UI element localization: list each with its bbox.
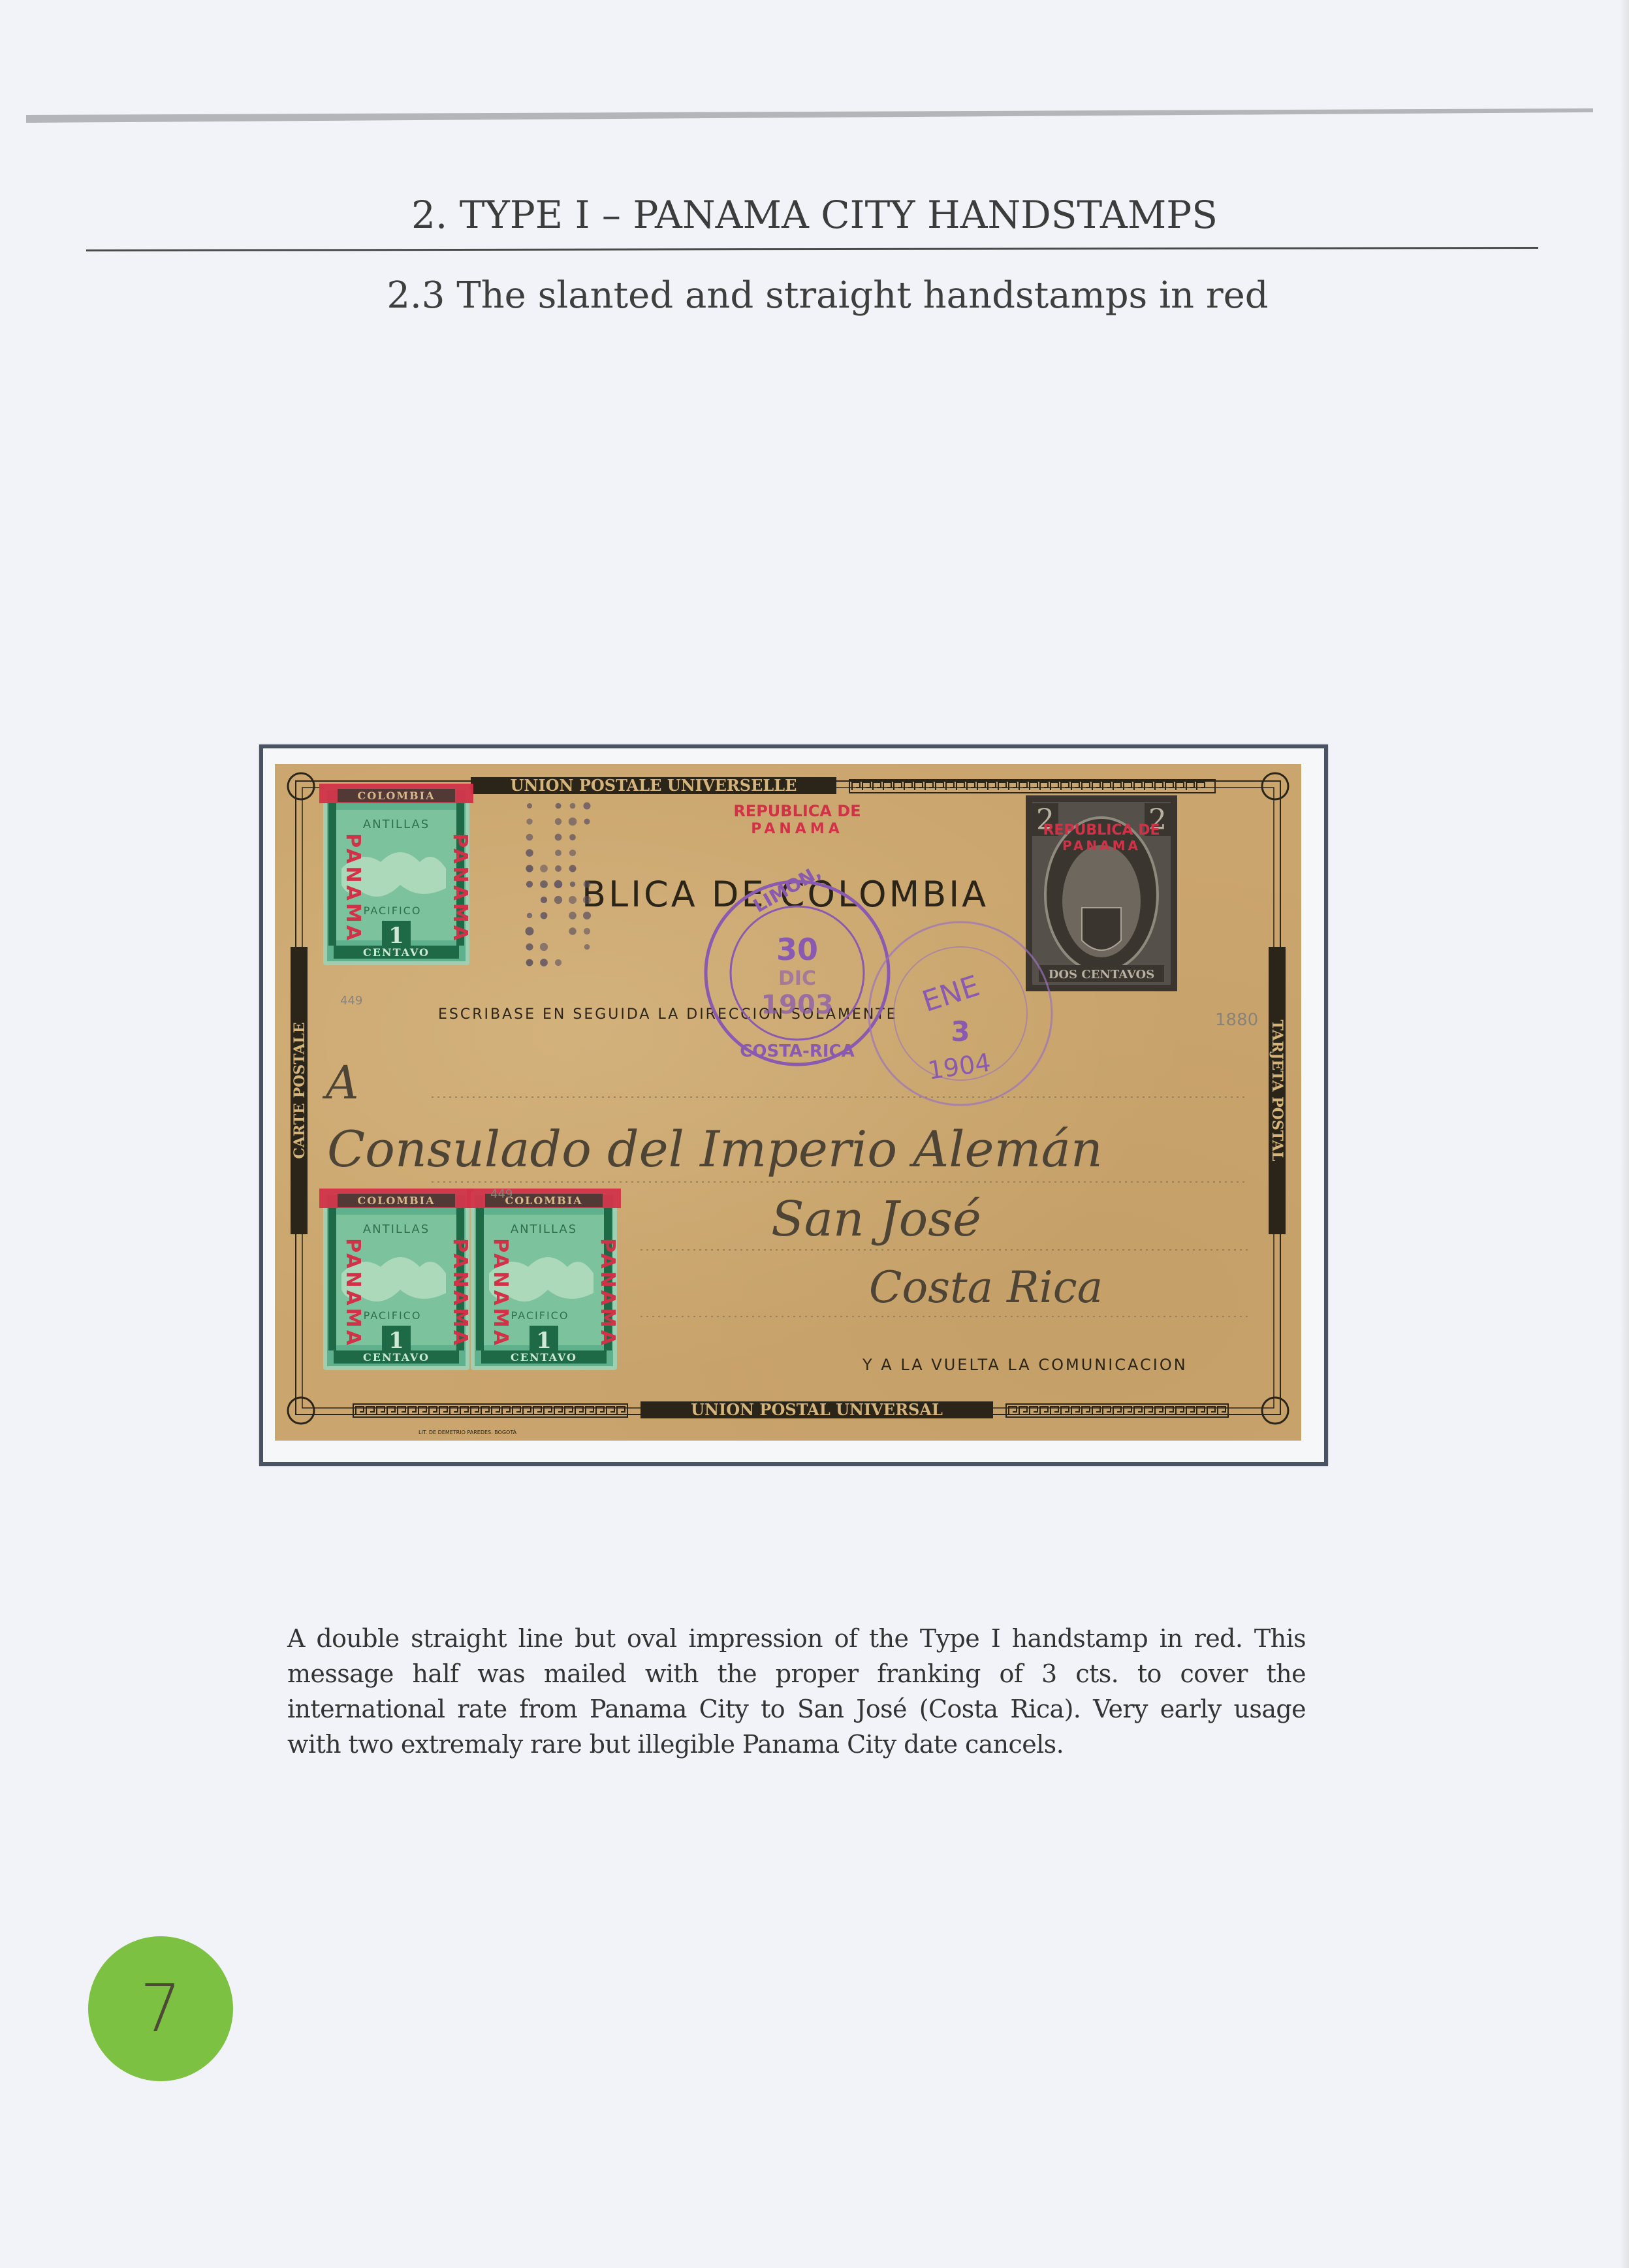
stamp-1-centavo: COLOMBIAANTILLASPACIFICO1CENTAVOPANAMAPA… xyxy=(467,1189,621,1370)
title-underline xyxy=(86,247,1538,251)
page-number-sticker: 7 xyxy=(88,1936,233,2081)
pencil-note: 449 xyxy=(490,1187,513,1201)
cancel-year: 1903 xyxy=(761,990,833,1020)
bottom-border-text: UNION POSTAL UNIVERSAL xyxy=(691,1400,943,1419)
pencil-note: 1880 xyxy=(1215,1010,1258,1030)
indicium-stamp: 2 2 DOS CENTAVOS REPUBLICA DE PANAMA xyxy=(1026,795,1177,991)
svg-text:PACIFICO: PACIFICO xyxy=(511,1309,569,1322)
page-number: 7 xyxy=(88,1936,233,2081)
svg-text:PANAMA: PANAMA xyxy=(341,833,364,943)
svg-text:CENTAVO: CENTAVO xyxy=(511,1351,577,1364)
arrival-month: ENE xyxy=(919,969,984,1019)
indicium-value-text: DOS CENTAVOS xyxy=(1049,968,1154,982)
instruction-bottom: Y A LA VUELTA LA COMUNICACION xyxy=(862,1356,1188,1374)
svg-text:PANAMA: PANAMA xyxy=(449,833,471,943)
indicium-overprint-line2: PANAMA xyxy=(1062,838,1141,854)
svg-text:ANTILLAS: ANTILLAS xyxy=(363,1222,430,1236)
address-line-2: Consulado del Imperio Alemán xyxy=(327,1120,1103,1178)
svg-text:1: 1 xyxy=(536,1328,552,1354)
svg-text:COLOMBIA: COLOMBIA xyxy=(358,1194,435,1207)
svg-text:PANAMA: PANAMA xyxy=(341,1238,364,1348)
pencil-note: 449 xyxy=(340,994,362,1008)
red-handstamp-line1: REPUBLICA DE xyxy=(733,802,861,820)
right-border-text: TARJETA POSTAL xyxy=(1269,1020,1286,1162)
svg-text:COLOMBIA: COLOMBIA xyxy=(358,790,435,802)
top-border-text: UNION POSTALE UNIVERSELLE xyxy=(511,776,797,795)
red-handstamp-line2: PANAMA xyxy=(751,821,844,837)
stamp-1-centavo: COLOMBIAANTILLASPACIFICO1CENTAVOPANAMAPA… xyxy=(319,784,473,965)
stamp-1-centavo: COLOMBIAANTILLASPACIFICO1CENTAVOPANAMAPA… xyxy=(319,1189,473,1370)
svg-text:PANAMA: PANAMA xyxy=(449,1238,471,1348)
page-title: 2. TYPE I – PANAMA CITY HANDSTAMPS xyxy=(0,193,1629,237)
address-line-1: A xyxy=(322,1056,359,1110)
left-border-text: CARTE POSTALE xyxy=(291,1022,308,1158)
svg-text:COLOMBIA: COLOMBIA xyxy=(505,1194,583,1207)
svg-text:PANAMA: PANAMA xyxy=(489,1238,512,1348)
svg-text:PACIFICO: PACIFICO xyxy=(364,1309,422,1322)
indicium-overprint-line1: REPUBLICA DE xyxy=(1043,822,1160,839)
page-edge-shadow xyxy=(1620,0,1629,2268)
album-mount: UNION POSTALE UNIVERSELLE UNION POSTAL U… xyxy=(259,744,1328,1466)
svg-text:PACIFICO: PACIFICO xyxy=(364,904,422,917)
svg-text:CENTAVO: CENTAVO xyxy=(363,1351,430,1364)
svg-text:1: 1 xyxy=(388,1328,404,1354)
svg-text:CENTAVO: CENTAVO xyxy=(363,946,430,959)
postal-card: UNION POSTALE UNIVERSELLE UNION POSTAL U… xyxy=(275,764,1301,1441)
arrival-day: 3 xyxy=(951,1015,970,1047)
exhibit-description: A double straight line but oval impressi… xyxy=(287,1621,1306,1762)
top-rule xyxy=(26,108,1593,128)
address-line-3: San José xyxy=(771,1191,981,1247)
arrival-year: 1904 xyxy=(926,1048,992,1085)
cancel-country: COSTA-RICA xyxy=(740,1042,854,1061)
svg-text:1: 1 xyxy=(388,923,404,949)
svg-text:PANAMA: PANAMA xyxy=(596,1238,619,1348)
postal-card-artwork: UNION POSTALE UNIVERSELLE UNION POSTAL U… xyxy=(275,764,1301,1441)
cancel-month: DIC xyxy=(778,967,816,990)
cancel-day: 30 xyxy=(776,932,818,967)
dot-killer-cancel xyxy=(526,802,592,966)
address-line-4: Costa Rica xyxy=(869,1262,1103,1313)
section-subtitle: 2.3 The slanted and straight handstamps … xyxy=(0,274,1629,317)
printer-imprint: LIT. DE DEMETRIO PAREDES. BOGOTÁ xyxy=(419,1428,517,1435)
svg-text:ANTILLAS: ANTILLAS xyxy=(511,1222,577,1236)
svg-text:ANTILLAS: ANTILLAS xyxy=(363,818,430,831)
